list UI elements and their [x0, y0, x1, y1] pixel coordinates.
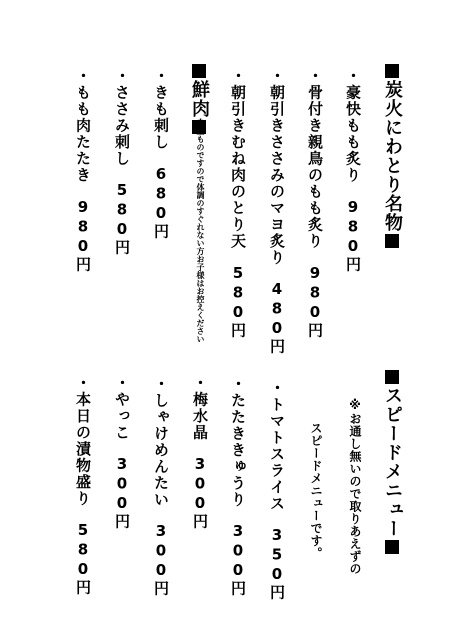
item-price: 300円 [229, 522, 247, 597]
heading-text: 鮮肉 [189, 80, 210, 118]
menu-item: ・しゃけめんたい300円 [153, 376, 168, 597]
item-price: 300円 [191, 455, 209, 530]
item-name: ・豪快もも炙り [344, 68, 362, 184]
speed-note-line2: スピードメニューです。 [310, 422, 322, 560]
item-price: 300円 [113, 455, 131, 530]
section-heading-charcoal: 炭火にわとり名物 [383, 62, 401, 250]
square-bullet-icon [385, 370, 399, 384]
item-name: ・きも刺し [152, 68, 170, 151]
item-price: 580円 [229, 264, 247, 339]
section-heading-speed: スピードメニュー [383, 368, 401, 556]
square-bullet-icon [385, 540, 399, 554]
square-bullet-icon [192, 64, 206, 78]
menu-item: ・朝引きむね肉のとり天580円 [230, 68, 245, 339]
menu-item: ・トマトスライス350円 [269, 380, 284, 601]
menu-item: ・朝引きささみのマヨ炙り480円 [269, 68, 284, 355]
item-price: 980円 [344, 198, 362, 273]
item-name: ・朝引きささみのマヨ炙り [268, 68, 286, 266]
item-name: ・朝引きむね肉のとり天 [229, 68, 247, 250]
item-price: 580円 [74, 521, 92, 596]
item-name: ・梅水晶 [191, 375, 209, 441]
heading-text: 炭火にわとり名物 [382, 80, 403, 232]
item-price: 980円 [74, 198, 92, 273]
item-price: 300円 [152, 522, 170, 597]
square-bullet-icon [385, 234, 399, 248]
item-name: ・やっこ [113, 375, 131, 441]
item-name: ・しゃけめんたい [152, 376, 170, 508]
item-price: 580円 [113, 181, 131, 256]
menu-item: ・豪快もも炙り980円 [345, 68, 360, 273]
menu-item: ・きも刺し680円 [153, 68, 168, 240]
speed-note-line1: ※お通し無いので取りあえずの [349, 398, 361, 575]
menu-item: ・梅水晶300円 [192, 375, 207, 530]
item-name: ・たたききゅうり [229, 376, 247, 508]
item-name: ・骨付き親鳥のもも炙り [306, 68, 324, 250]
item-price: 480円 [268, 280, 286, 355]
menu-item: ・たたききゅうり300円 [230, 376, 245, 597]
menu-item: ・骨付き親鳥のもも炙り980円 [307, 68, 322, 339]
fresh-warning-note: ※生ものですので体調のすぐれない方お子様はお控えください [196, 118, 204, 343]
menu-item: ・ささみ刺し580円 [114, 68, 129, 256]
menu-item: ・もも肉たたき980円 [75, 68, 90, 273]
item-price: 350円 [268, 526, 286, 601]
heading-text: スピードメニュー [382, 386, 403, 538]
item-name: ・トマトスライス [268, 380, 286, 512]
item-name: ・もも肉たたき [74, 68, 92, 184]
item-price: 980円 [306, 264, 324, 339]
item-name: ・本日の漬物盛り [74, 375, 92, 507]
item-price: 680円 [152, 165, 170, 240]
menu-item: ・やっこ300円 [114, 375, 129, 530]
menu-item: ・本日の漬物盛り580円 [75, 375, 90, 596]
item-name: ・ささみ刺し [113, 68, 131, 167]
square-bullet-icon [385, 64, 399, 78]
